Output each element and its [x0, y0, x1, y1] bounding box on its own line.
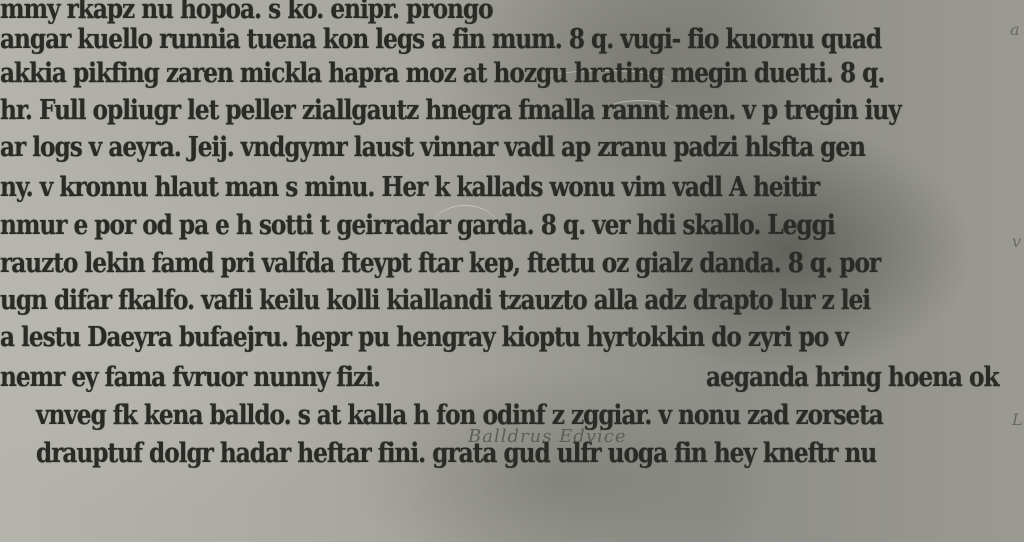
manuscript-line-6: ny. v kronnu hlaut man s minu. Her k kal… — [0, 172, 819, 203]
manuscript-line-7: nmur e por od pa e h sotti t geirradar g… — [0, 210, 835, 241]
manuscript-line-1: mmy rkapz nu hopoa. s ko. enipr. prongo — [0, 0, 493, 25]
manuscript-line-10: a lestu Daeyra bufaejru. hepr pu hengray… — [0, 322, 848, 353]
manuscript-line-11a: nemr ey fama fvruor nunny fizi. — [0, 362, 380, 393]
manuscript-line-13: drauptuf dolgr hadar heftar fini. grata … — [36, 438, 876, 469]
manuscript-line-4: hr. Full opliugr let peller ziallgautz h… — [0, 95, 901, 126]
manuscript-line-3: akkia pikfing zaren mickla hapra moz at … — [0, 58, 884, 89]
margin-mark: L — [1012, 410, 1023, 429]
manuscript-line-12: vnveg fk kena balldo. s at kalla h fon o… — [36, 400, 883, 431]
margin-mark: v — [1012, 232, 1021, 251]
manuscript-line-5: ar logs v aeyra. Jeij. vndgymr laust vin… — [0, 132, 865, 163]
manuscript-line-2: angar kuello runnia tuena kon legs a fin… — [0, 24, 881, 55]
margin-mark: a — [1010, 20, 1020, 39]
manuscript-line-8: rauzto lekin famd pri valfda fteypt ftar… — [0, 248, 880, 279]
manuscript-line-9: ugn difar fkalfo. vafli keilu kolli kial… — [0, 285, 870, 316]
manuscript-line-11b: aeganda hring hoena ok — [706, 362, 999, 393]
marginal-gloss: Balldrus Edvice — [468, 426, 626, 447]
manuscript-photo: mmy rkapz nu hopoa. s ko. enipr. prongo … — [0, 0, 1024, 542]
